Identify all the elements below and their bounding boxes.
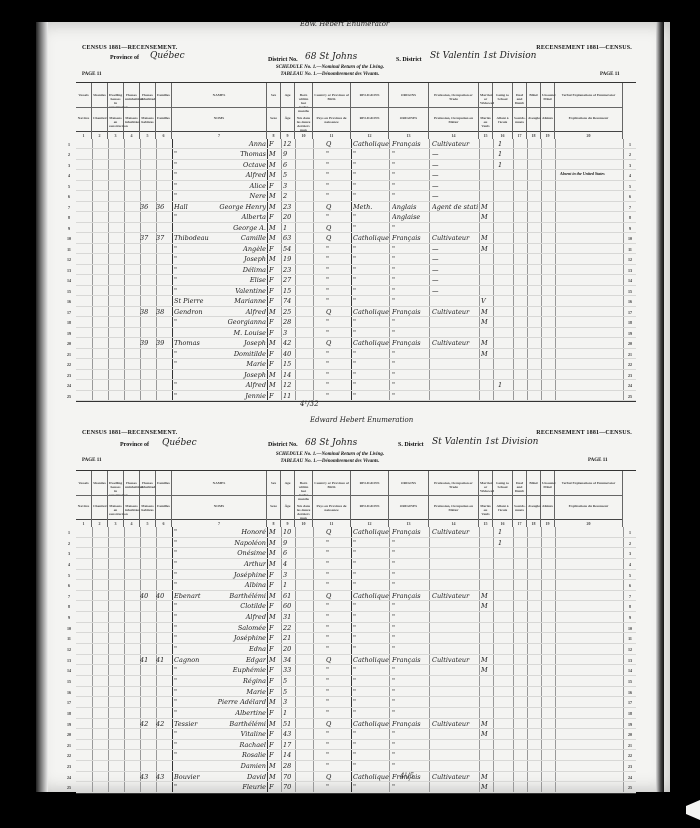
married-status: M xyxy=(481,212,493,221)
religion: " xyxy=(353,296,389,305)
given-name: Thomas xyxy=(214,149,266,158)
married-status xyxy=(481,328,493,337)
married-status xyxy=(481,708,493,718)
sex: F xyxy=(269,687,281,697)
table-row: 11AnnaF12QCatholiqueFrançaisCultivateur1 xyxy=(76,139,636,149)
married-status xyxy=(481,181,493,190)
age: 40 xyxy=(283,349,295,358)
origin: " xyxy=(392,750,428,760)
row-number-right: 17 xyxy=(625,307,635,318)
row-number-left: 25 xyxy=(64,782,74,793)
dwelling-number xyxy=(140,782,156,792)
row-number-left: 2 xyxy=(64,538,74,549)
school-attendance xyxy=(498,687,512,697)
school-attendance: 1 xyxy=(498,538,512,548)
family-number: 39 xyxy=(156,338,172,347)
row-number-left: 10 xyxy=(64,623,74,634)
surname: Thomas xyxy=(174,338,214,347)
table-row: 33"OnésimeM6""" xyxy=(76,548,636,559)
family-number xyxy=(156,244,172,253)
col-14-header: Profession, Occupation or TradeProfessio… xyxy=(429,471,479,527)
occupation xyxy=(432,580,478,590)
family-number xyxy=(156,708,172,718)
school-attendance xyxy=(498,191,512,200)
age: 43 xyxy=(283,729,295,739)
dwelling-number xyxy=(140,244,156,253)
province-label: Province of xyxy=(120,442,149,448)
row-number-right: 9 xyxy=(625,223,635,234)
col-15-header: Married or WidowedMariés ou Veufs15 xyxy=(479,471,493,527)
given-name: George A. xyxy=(214,223,266,232)
col-4-header: Houses uninhabitedMaisons inhabitées4 xyxy=(124,83,140,139)
origin: " xyxy=(392,244,428,253)
married-status: M xyxy=(481,719,493,729)
table-row: 11"HonoréM10QCatholiqueFrançaisCultivate… xyxy=(76,527,636,538)
row-number-left: 8 xyxy=(64,601,74,612)
table-row: 66"NereM2"""— xyxy=(76,191,636,201)
given-name: Honoré xyxy=(214,527,266,537)
birthplace: " xyxy=(326,570,346,580)
row-number-right: 8 xyxy=(625,601,635,612)
given-name: Marianne xyxy=(214,296,266,305)
surname: " xyxy=(174,623,214,633)
dwelling-number xyxy=(140,265,156,274)
birthplace: " xyxy=(326,538,346,548)
row-number-right: 4 xyxy=(625,170,635,181)
table-row: 2424"AlfredM12"""1 xyxy=(76,380,636,390)
origin: " xyxy=(392,275,428,284)
census-table-bottom: VesselsNavires1 ShantiesChantiers2 Dwell… xyxy=(76,470,636,794)
schedule-title-en: SCHEDULE No. 1.—Nominal Return of the Li… xyxy=(240,452,420,457)
birthplace: " xyxy=(326,676,346,686)
sex: F xyxy=(269,633,281,643)
birthplace: " xyxy=(326,740,346,750)
origin: " xyxy=(392,149,428,158)
row-number-right: 22 xyxy=(625,750,635,761)
row-number-right: 24 xyxy=(625,772,635,783)
school-attendance xyxy=(498,181,512,190)
surname: Tessier xyxy=(174,719,214,729)
surname: " xyxy=(174,286,214,295)
col-17-header: Deaf and DumbSourds-muets17 xyxy=(513,471,527,527)
surname: " xyxy=(174,391,214,400)
birthplace: Q xyxy=(326,202,346,211)
origin: Français xyxy=(392,527,428,537)
table-row: 44"ArthurM4""" xyxy=(76,559,636,570)
dwelling-number: 43 xyxy=(140,772,156,782)
religion: " xyxy=(353,538,389,548)
age: 70 xyxy=(283,782,295,792)
surname: " xyxy=(174,359,214,368)
married-status xyxy=(481,740,493,750)
family-number xyxy=(156,750,172,760)
col-14-header: Profession, Occupation or TradeProfessio… xyxy=(429,83,479,139)
occupation xyxy=(432,687,478,697)
page-number-right: PAGE 11 xyxy=(600,72,620,77)
family-number: 41 xyxy=(156,655,172,665)
occupation xyxy=(432,761,478,771)
family-number xyxy=(156,665,172,675)
row-number-left: 22 xyxy=(64,359,74,370)
given-name: Marie xyxy=(214,359,266,368)
surname: " xyxy=(174,275,214,284)
married-status: M xyxy=(481,655,493,665)
occupation xyxy=(432,212,478,221)
birthplace: " xyxy=(326,317,346,326)
page-number-right: PAGE 11 xyxy=(588,458,608,463)
subdistrict-label: S. District xyxy=(398,442,424,448)
origin: " xyxy=(392,317,428,326)
table-row: 2323JosephM14""" xyxy=(76,370,636,380)
occupation xyxy=(432,601,478,611)
row-number-right: 18 xyxy=(625,317,635,328)
given-name: Octave xyxy=(214,160,266,169)
family-number: 42 xyxy=(156,719,172,729)
birthplace: Q xyxy=(326,527,346,537)
census-title-right: RECENSEMENT 1881—CENSUS. xyxy=(520,430,632,436)
birthplace: " xyxy=(326,612,346,622)
sex: F xyxy=(269,623,281,633)
married-status xyxy=(481,370,493,379)
surname: " xyxy=(174,170,214,179)
origin: Français xyxy=(392,655,428,665)
row-number-left: 5 xyxy=(64,570,74,581)
age: 3 xyxy=(283,328,295,337)
col-18-header: BlindAveugles18 xyxy=(527,471,541,527)
surname: " xyxy=(174,149,214,158)
married-status xyxy=(481,538,493,548)
row-number-right: 6 xyxy=(625,191,635,202)
age: 31 xyxy=(283,612,295,622)
occupation: — xyxy=(432,149,478,158)
origin: " xyxy=(392,538,428,548)
row-number-left: 13 xyxy=(64,265,74,276)
table-row: 99"AlfredM31""" xyxy=(76,612,636,623)
table-row: 2525"FleurieF70"""M xyxy=(76,782,636,793)
age: 28 xyxy=(283,317,295,326)
religion: " xyxy=(353,761,389,771)
row-number-right: 11 xyxy=(625,633,635,644)
row-number-left: 1 xyxy=(64,139,74,150)
school-attendance xyxy=(498,370,512,379)
school-attendance xyxy=(498,644,512,654)
family-number xyxy=(156,729,172,739)
occupation: — xyxy=(432,254,478,263)
school-attendance xyxy=(498,772,512,782)
row-number-right: 2 xyxy=(625,538,635,549)
dwelling-number: 41 xyxy=(140,655,156,665)
school-attendance xyxy=(498,761,512,771)
row-number-right: 21 xyxy=(625,349,635,360)
age: 6 xyxy=(283,548,295,558)
surname: " xyxy=(174,580,214,590)
surname: " xyxy=(174,740,214,750)
surname: St Pierre xyxy=(174,296,214,305)
dwelling-number xyxy=(140,317,156,326)
dwelling-number xyxy=(140,380,156,389)
family-number xyxy=(156,761,172,771)
married-status xyxy=(481,697,493,707)
table-row: 99George A.M1Q"" xyxy=(76,223,636,233)
sex: F xyxy=(269,275,281,284)
dwelling-number xyxy=(140,212,156,221)
sex: M xyxy=(269,655,281,665)
family-number xyxy=(156,527,172,537)
surname: " xyxy=(174,548,214,558)
birthplace: " xyxy=(326,275,346,284)
school-attendance xyxy=(498,580,512,590)
sex: M xyxy=(269,149,281,158)
origin: Anglais xyxy=(392,202,428,211)
birthplace: " xyxy=(326,265,346,274)
origin: Français xyxy=(392,307,428,316)
row-number-right: 23 xyxy=(625,370,635,381)
family-number xyxy=(156,317,172,326)
married-status xyxy=(481,633,493,643)
given-name: Georgianna xyxy=(214,317,266,326)
sex: F xyxy=(269,708,281,718)
school-attendance xyxy=(498,275,512,284)
table-row: 1515"RéginaF5""" xyxy=(76,676,636,687)
family-number xyxy=(156,181,172,190)
sex: F xyxy=(269,676,281,686)
surname: Bouvier xyxy=(174,772,214,782)
sex: F xyxy=(269,212,281,221)
surname: " xyxy=(174,601,214,611)
occupation xyxy=(432,223,478,232)
age: 61 xyxy=(283,591,295,601)
row-number-left: 3 xyxy=(64,160,74,171)
col-17-header: Deaf and DumbSourds-muets17 xyxy=(513,83,527,139)
row-number-right: 12 xyxy=(625,644,635,655)
table-row: 1313"DélimaF23"""— xyxy=(76,265,636,275)
school-attendance xyxy=(498,750,512,760)
row-number-right: 10 xyxy=(625,233,635,244)
married-status xyxy=(481,570,493,580)
dwelling-number: 39 xyxy=(140,338,156,347)
origin: " xyxy=(392,633,428,643)
birthplace: " xyxy=(326,548,346,558)
col-8-header: SexSexe8 xyxy=(267,83,281,139)
age: 5 xyxy=(283,170,295,179)
family-number xyxy=(156,212,172,221)
dwelling-number xyxy=(140,729,156,739)
occupation xyxy=(432,782,478,792)
table-row: 33"OctaveM6"""—1 xyxy=(76,160,636,170)
married-status xyxy=(481,623,493,633)
school-attendance xyxy=(498,338,512,347)
col-19-header: Unsound MindAliénés19 xyxy=(541,83,555,139)
footer-note-top: 4¹/32 xyxy=(300,400,319,408)
table-row: 774040EbenartBarthélémiM61QCatholiqueFra… xyxy=(76,591,636,602)
given-name: Joseph xyxy=(214,338,266,347)
row-number-left: 14 xyxy=(64,665,74,676)
row-number-left: 18 xyxy=(64,708,74,719)
given-name: Nere xyxy=(214,191,266,200)
school-attendance xyxy=(498,317,512,326)
married-status xyxy=(481,580,493,590)
family-number xyxy=(156,223,172,232)
religion: Catholique xyxy=(353,233,389,242)
row-number-right: 6 xyxy=(625,580,635,591)
birthplace: " xyxy=(326,149,346,158)
surname: " xyxy=(174,676,214,686)
family-number xyxy=(156,191,172,200)
origin: " xyxy=(392,740,428,750)
school-attendance xyxy=(498,559,512,569)
dwelling-number xyxy=(140,708,156,718)
religion: " xyxy=(353,328,389,337)
religion: " xyxy=(353,265,389,274)
religion: " xyxy=(353,149,389,158)
given-name: Régina xyxy=(214,676,266,686)
dwelling-number xyxy=(140,548,156,558)
district-label: District No. xyxy=(268,442,298,448)
religion: Catholique xyxy=(353,527,389,537)
row-number-right: 16 xyxy=(625,687,635,698)
family-number xyxy=(156,676,172,686)
col-6-header: FamiliesFamilles6 xyxy=(156,83,172,139)
married-status: M xyxy=(481,729,493,739)
given-name: Barthélémi xyxy=(214,719,266,729)
age: 23 xyxy=(283,265,295,274)
origin: " xyxy=(392,254,428,263)
origin: " xyxy=(392,170,428,179)
row-number-left: 16 xyxy=(64,296,74,307)
school-attendance xyxy=(498,591,512,601)
origin: " xyxy=(392,380,428,389)
sex: F xyxy=(269,391,281,400)
surname: " xyxy=(174,708,214,718)
married-status xyxy=(481,139,493,148)
family-number: 40 xyxy=(156,591,172,601)
family-number xyxy=(156,265,172,274)
occupation: — xyxy=(432,275,478,284)
row-number-right: 15 xyxy=(625,676,635,687)
birthplace: " xyxy=(326,244,346,253)
table-row: 2121"RachaelF17""" xyxy=(76,740,636,751)
religion: " xyxy=(353,181,389,190)
given-name: Euphémie xyxy=(214,665,266,675)
age: 5 xyxy=(283,687,295,697)
age: 19 xyxy=(283,254,295,263)
occupation: Cultivateur xyxy=(432,527,478,537)
sex: F xyxy=(269,359,281,368)
religion: " xyxy=(353,275,389,284)
school-attendance xyxy=(498,212,512,221)
row-number-right: 19 xyxy=(625,719,635,730)
birthplace: Q xyxy=(326,233,346,242)
religion: Catholique xyxy=(353,338,389,347)
occupation xyxy=(432,633,478,643)
surname: " xyxy=(174,559,214,569)
school-attendance: 1 xyxy=(498,527,512,537)
family-number xyxy=(156,160,172,169)
family-number xyxy=(156,391,172,400)
given-name: Albertine xyxy=(214,708,266,718)
surname: " xyxy=(174,538,214,548)
school-attendance xyxy=(498,676,512,686)
school-attendance xyxy=(498,265,512,274)
married-status xyxy=(481,761,493,771)
surname: " xyxy=(174,212,214,221)
married-status: M xyxy=(481,233,493,242)
occupation: Cultivateur xyxy=(432,772,478,782)
school-attendance xyxy=(498,359,512,368)
married-status xyxy=(481,265,493,274)
occupation xyxy=(432,380,478,389)
surname: " xyxy=(174,160,214,169)
row-number-left: 21 xyxy=(64,349,74,360)
family-number: 43 xyxy=(156,772,172,782)
row-number-right: 20 xyxy=(625,729,635,740)
sex: F xyxy=(269,782,281,792)
age: 63 xyxy=(283,233,295,242)
dwelling-number xyxy=(140,601,156,611)
surname: Ebenart xyxy=(174,591,214,601)
dwelling-number xyxy=(140,633,156,643)
origin: " xyxy=(392,359,428,368)
origin: " xyxy=(392,328,428,337)
sex: M xyxy=(269,370,281,379)
table-row: 44"AlfredM5"""— xyxy=(76,170,636,180)
occupation: Cultivateur xyxy=(432,591,478,601)
school-attendance xyxy=(498,296,512,305)
origin: Français xyxy=(392,591,428,601)
sex: M xyxy=(269,559,281,569)
age: 74 xyxy=(283,296,295,305)
sex: F xyxy=(269,644,281,654)
district-value: 68 St Johns xyxy=(305,52,357,62)
row-number-left: 7 xyxy=(64,202,74,213)
row-number-right: 13 xyxy=(625,655,635,666)
school-attendance xyxy=(498,223,512,232)
school-attendance xyxy=(498,391,512,400)
subdistrict-value: St Valentin 1st Division xyxy=(432,437,538,447)
family-number xyxy=(156,559,172,569)
origin: Français xyxy=(392,233,428,242)
occupation xyxy=(432,729,478,739)
given-name: Joséphine xyxy=(214,633,266,643)
religion: Catholique xyxy=(353,772,389,782)
district-value: 68 St Johns xyxy=(305,438,357,448)
row-number-left: 25 xyxy=(64,391,74,402)
col-16-header: Going to SchoolAllant à l'école16 xyxy=(493,471,513,527)
surname: " xyxy=(174,612,214,622)
religion: " xyxy=(353,380,389,389)
occupation xyxy=(432,740,478,750)
school-attendance xyxy=(498,612,512,622)
row-number-left: 17 xyxy=(64,697,74,708)
age: 6 xyxy=(283,160,295,169)
row-number-left: 17 xyxy=(64,307,74,318)
school-attendance xyxy=(498,782,512,792)
age: 20 xyxy=(283,644,295,654)
table-row: 1414"EuphémieF33"""M xyxy=(76,665,636,676)
given-name: Napoléon xyxy=(214,538,266,548)
row-number-left: 4 xyxy=(64,170,74,181)
col-11-header: Country or Province of BirthPays ou Prov… xyxy=(313,471,351,527)
col-12-header: RELIGIONSRELIGIONS12 xyxy=(351,471,389,527)
dwelling-number xyxy=(140,697,156,707)
row-number-left: 8 xyxy=(64,212,74,223)
dwelling-number xyxy=(140,644,156,654)
row-number-left: 9 xyxy=(64,223,74,234)
birthplace: " xyxy=(326,580,346,590)
table-row: 1616"MarieF5""" xyxy=(76,687,636,698)
row-number-right: 3 xyxy=(625,160,635,171)
birthplace: Q xyxy=(326,307,346,316)
